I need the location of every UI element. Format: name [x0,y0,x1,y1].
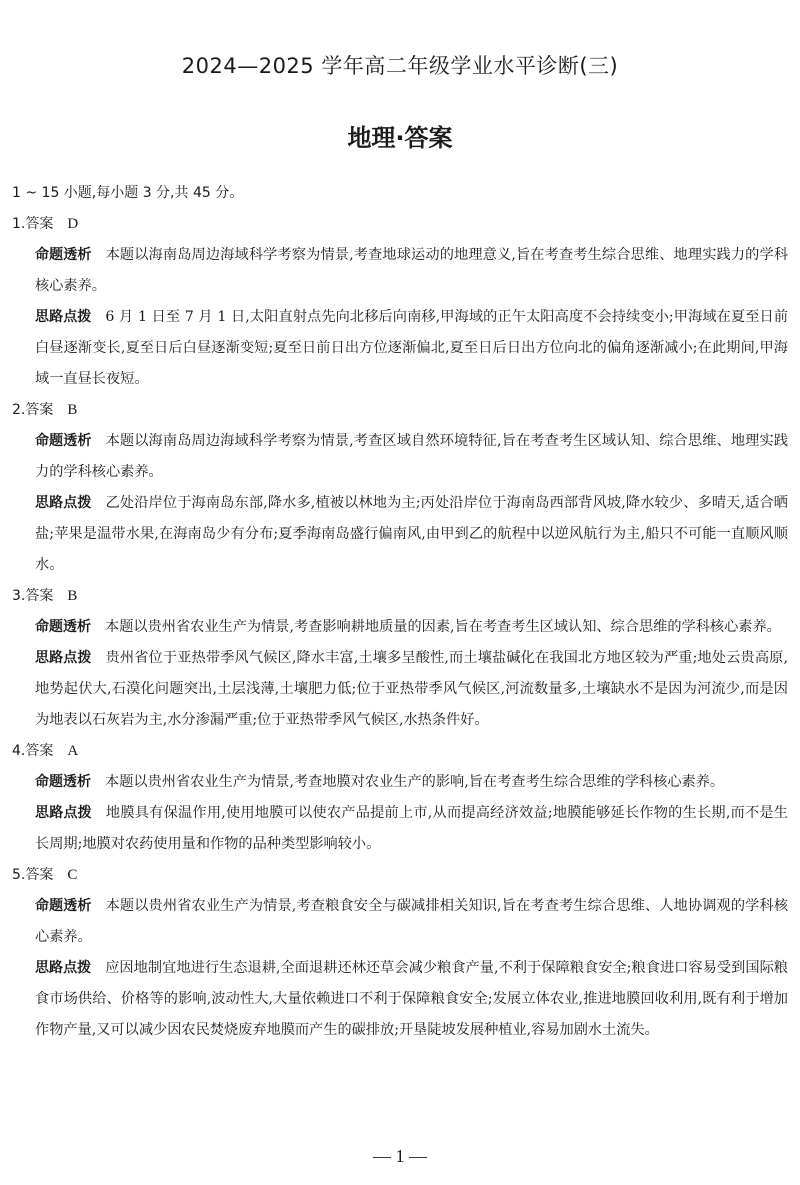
analysis-text: 本题以海南岛周边海域科学考察为情景,考查地球运动的地理意义,旨在考查考生综合思维… [35,247,788,294]
analysis-text: 本题以贵州省农业生产为情景,考查地膜对农业生产的影响,旨在考查考生综合思维的学科… [105,774,724,790]
analysis-text: 本题以贵州省农业生产为情景,考查影响耕地质量的因素,旨在考查考生区域认知、综合思… [105,619,781,635]
page-number: — 1 — [0,1146,800,1167]
question-header: 5.答案C [12,860,788,891]
question-block: 4.答案A 命题透析本题以贵州省农业生产为情景,考查地膜对农业生产的影响,旨在考… [12,736,788,860]
question-block: 1.答案D 命题透析本题以海南岛周边海域科学考察为情景,考查地球运动的地理意义,… [12,209,788,395]
hint-paragraph: 思路点拨应因地制宜地进行生态退耕,全面退耕还林还草会减少粮食产量,不利于保障粮食… [35,953,788,1046]
answer-label: 答案 [25,743,53,759]
answer-label: 答案 [25,588,53,604]
answer-label: 答案 [25,216,53,232]
answer-value: B [67,588,77,604]
hint-label: 思路点拨 [35,495,92,511]
analysis-text: 本题以海南岛周边海域科学考察为情景,考查区域自然环境特征,旨在考查考生区域认知、… [35,433,788,480]
hint-label: 思路点拨 [35,650,92,666]
hint-label: 思路点拨 [35,805,92,821]
hint-text: 应因地制宜地进行生态退耕,全面退耕还林还草会减少粮食产量,不利于保障粮食安全;粮… [35,960,788,1038]
hint-paragraph: 思路点拨贵州省位于亚热带季风气候区,降水丰富,土壤多呈酸性,而土壤盐碱化在我国北… [35,643,788,736]
question-number: 3. [12,588,25,604]
answer-value: D [67,216,78,232]
question-header: 3.答案B [12,581,788,612]
hint-text: 地膜具有保温作用,使用地膜可以使农产品提前上市,从而提高经济效益;地膜能够延长作… [35,805,788,852]
answer-content: 1 ~ 15 小题,每小题 3 分,共 45 分。 1.答案D 命题透析本题以海… [12,178,788,1046]
question-header: 2.答案B [12,395,788,426]
question-header: 4.答案A [12,736,788,767]
analysis-label: 命题透析 [35,898,92,914]
hint-text: 乙处沿岸位于海南岛东部,降水多,植被以林地为主;丙处沿岸位于海南岛西部背风坡,降… [35,495,788,573]
answer-value: A [67,743,78,759]
question-number: 5. [12,867,25,883]
analysis-label: 命题透析 [35,433,92,449]
hint-label: 思路点拨 [35,309,91,325]
hint-label: 思路点拨 [35,960,91,976]
question-block: 3.答案B 命题透析本题以贵州省农业生产为情景,考查影响耕地质量的因素,旨在考查… [12,581,788,736]
question-block: 5.答案C 命题透析本题以贵州省农业生产为情景,考查粮食安全与碳减排相关知识,旨… [12,860,788,1046]
answer-value: C [67,867,77,883]
analysis-text: 本题以贵州省农业生产为情景,考查粮食安全与碳减排相关知识,旨在考查考生综合思维、… [35,898,788,945]
hint-text: 6 月 1 日至 7 月 1 日,太阳直射点先向北移后向南移,甲海域的正午太阳高… [35,309,788,387]
analysis-paragraph: 命题透析本题以贵州省农业生产为情景,考查粮食安全与碳减排相关知识,旨在考查考生综… [35,891,788,953]
analysis-label: 命题透析 [35,619,91,635]
document-subtitle: 地理·答案 [0,118,800,153]
hint-paragraph: 思路点拨乙处沿岸位于海南岛东部,降水多,植被以林地为主;丙处沿岸位于海南岛西部背… [35,488,788,581]
analysis-paragraph: 命题透析本题以海南岛周边海域科学考察为情景,考查地球运动的地理意义,旨在考查考生… [35,240,788,302]
question-number: 1. [12,216,25,232]
answer-label: 答案 [25,867,53,883]
analysis-label: 命题透析 [35,247,92,263]
document-title: 2024—2025 学年高二年级学业水平诊断(三) [0,50,800,80]
hint-text: 贵州省位于亚热带季风气候区,降水丰富,土壤多呈酸性,而土壤盐碱化在我国北方地区较… [35,650,788,728]
answer-label: 答案 [25,402,53,418]
analysis-paragraph: 命题透析本题以贵州省农业生产为情景,考查地膜对农业生产的影响,旨在考查考生综合思… [35,767,788,798]
question-header: 1.答案D [12,209,788,240]
answer-value: B [67,402,77,418]
question-number: 2. [12,402,25,418]
analysis-paragraph: 命题透析本题以海南岛周边海域科学考察为情景,考查区域自然环境特征,旨在考查考生区… [35,426,788,488]
hint-paragraph: 思路点拨6 月 1 日至 7 月 1 日,太阳直射点先向北移后向南移,甲海域的正… [35,302,788,395]
analysis-label: 命题透析 [35,774,91,790]
question-number: 4. [12,743,25,759]
hint-paragraph: 思路点拨地膜具有保温作用,使用地膜可以使农产品提前上市,从而提高经济效益;地膜能… [35,798,788,860]
analysis-paragraph: 命题透析本题以贵州省农业生产为情景,考查影响耕地质量的因素,旨在考查考生区域认知… [35,612,788,643]
question-block: 2.答案B 命题透析本题以海南岛周边海域科学考察为情景,考查区域自然环境特征,旨… [12,395,788,581]
scoring-intro: 1 ~ 15 小题,每小题 3 分,共 45 分。 [12,178,788,209]
